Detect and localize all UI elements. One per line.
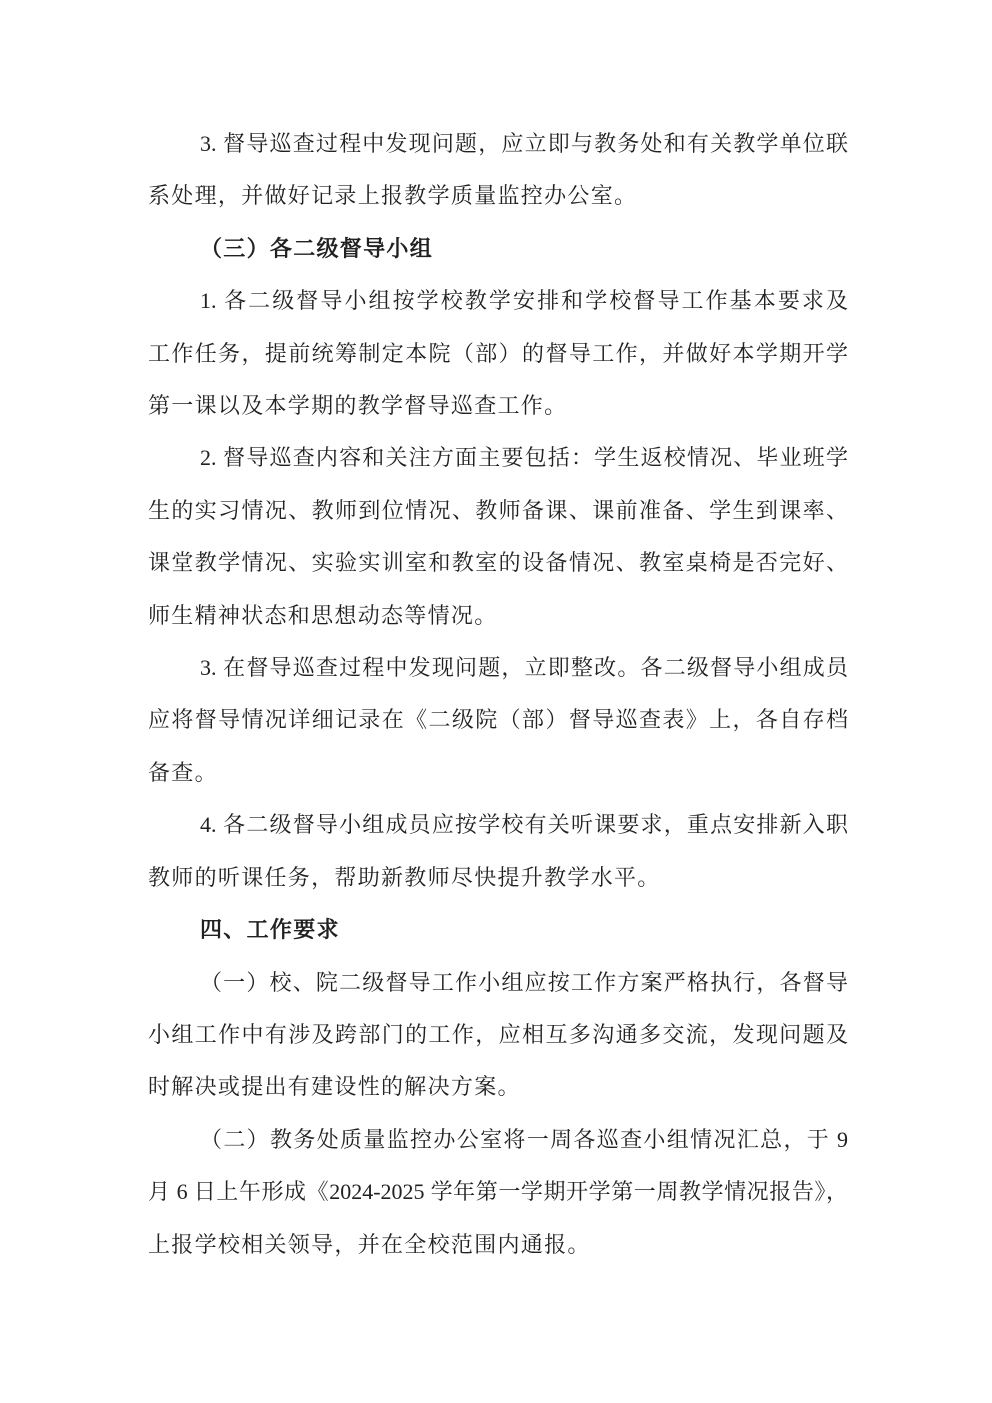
text-line: （二）教务处质量监控办公室将一周各巡查小组情况汇总，于 9 (148, 1114, 848, 1166)
text-line: 生的实习情况、教师到位情况、教师备课、课前准备、学生到课率、 (148, 485, 848, 537)
text-line: 1. 各二级督导小组按学校教学安排和学校督导工作基本要求及 (148, 275, 848, 327)
text-line: 时解决或提出有建设性的解决方案。 (148, 1061, 848, 1113)
text-line: 第一课以及本学期的教学督导巡查工作。 (148, 380, 848, 432)
text-line: 2. 督导巡查内容和关注方面主要包括：学生返校情况、毕业班学 (148, 432, 848, 484)
paragraph: 4. 各二级督导小组成员应按学校有关听课要求，重点安排新入职教师的听课任务，帮助… (148, 799, 848, 904)
text-line: 3. 督导巡查过程中发现问题，应立即与教务处和有关教学单位联 (148, 118, 848, 170)
text-line: 备查。 (148, 747, 848, 799)
text-line: 四、工作要求 (148, 904, 848, 956)
paragraph: 3. 在督导巡查过程中发现问题，立即整改。各二级督导小组成员应将督导情况详细记录… (148, 642, 848, 799)
text-line: 教师的听课任务，帮助新教师尽快提升教学水平。 (148, 852, 848, 904)
paragraph: 1. 各二级督导小组按学校教学安排和学校督导工作基本要求及工作任务，提前统筹制定… (148, 275, 848, 432)
text-line: 小组工作中有涉及跨部门的工作，应相互多沟通多交流，发现问题及 (148, 1009, 848, 1061)
text-line: 4. 各二级督导小组成员应按学校有关听课要求，重点安排新入职 (148, 799, 848, 851)
text-line: （一）校、院二级督导工作小组应按工作方案严格执行，各督导 (148, 957, 848, 1009)
text-line: 工作任务，提前统筹制定本院（部）的督导工作，并做好本学期开学 (148, 328, 848, 380)
paragraph: （二）教务处质量监控办公室将一周各巡查小组情况汇总，于 9月 6 日上午形成《2… (148, 1114, 848, 1271)
text-line: 月 6 日上午形成《2024-2025 学年第一学期开学第一周教学情况报告》， (148, 1166, 848, 1218)
paragraph: 3. 督导巡查过程中发现问题，应立即与教务处和有关教学单位联系处理，并做好记录上… (148, 118, 848, 223)
text-line: 上报学校相关领导，并在全校范围内通报。 (148, 1219, 848, 1271)
document-body: 3. 督导巡查过程中发现问题，应立即与教务处和有关教学单位联系处理，并做好记录上… (148, 118, 848, 1271)
text-line: 课堂教学情况、实验实训室和教室的设备情况、教室桌椅是否完好、 (148, 537, 848, 589)
text-line: （三）各二级督导小组 (148, 223, 848, 275)
paragraph: 2. 督导巡查内容和关注方面主要包括：学生返校情况、毕业班学生的实习情况、教师到… (148, 432, 848, 642)
document-page: 3. 督导巡查过程中发现问题，应立即与教务处和有关教学单位联系处理，并做好记录上… (0, 0, 992, 1403)
section-heading: （三）各二级督导小组 (148, 223, 848, 275)
text-line: 3. 在督导巡查过程中发现问题，立即整改。各二级督导小组成员 (148, 642, 848, 694)
paragraph: （一）校、院二级督导工作小组应按工作方案严格执行，各督导小组工作中有涉及跨部门的… (148, 957, 848, 1114)
section-heading: 四、工作要求 (148, 904, 848, 956)
text-line: 应将督导情况详细记录在《二级院（部）督导巡查表》上，各自存档 (148, 694, 848, 746)
text-line: 师生精神状态和思想动态等情况。 (148, 590, 848, 642)
text-line: 系处理，并做好记录上报教学质量监控办公室。 (148, 170, 848, 222)
